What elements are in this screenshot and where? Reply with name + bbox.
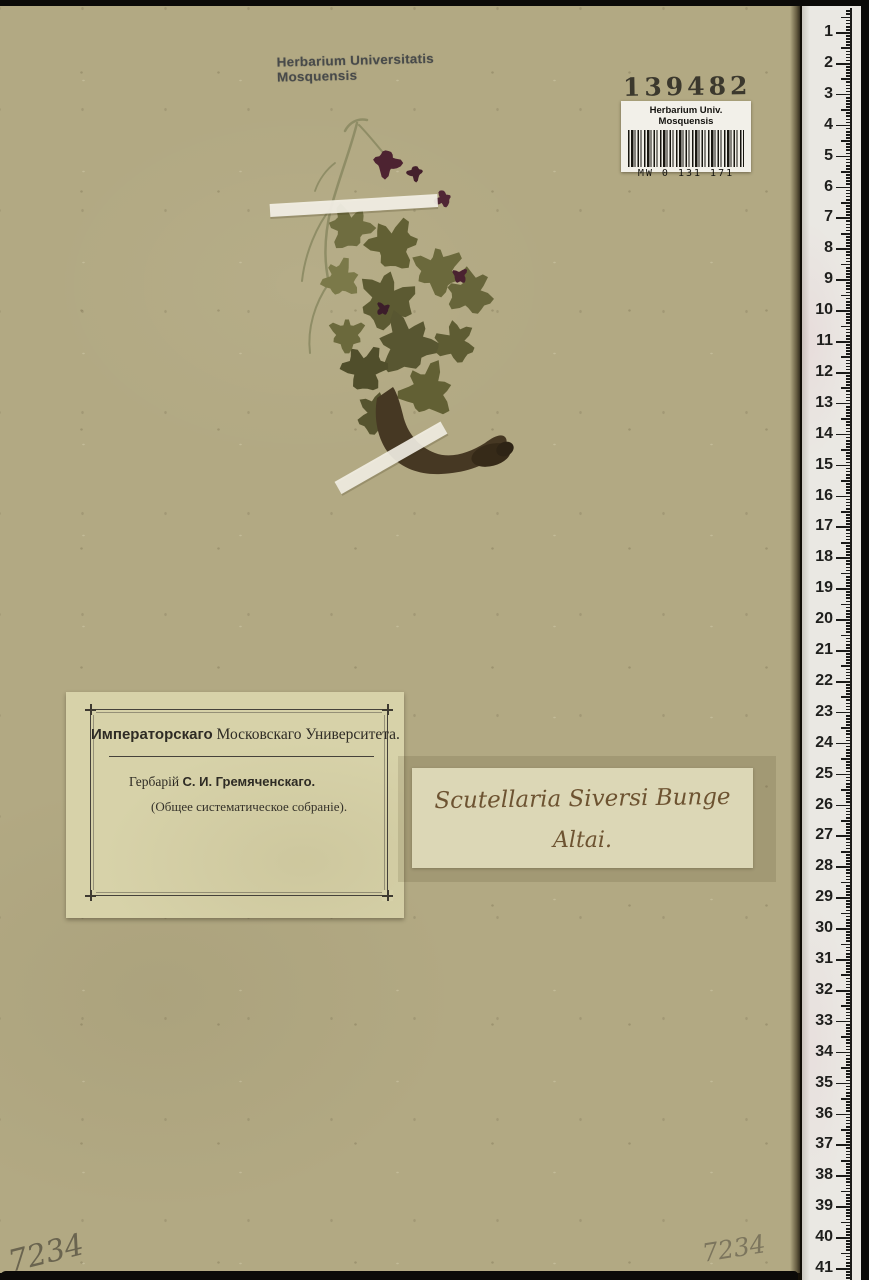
- ruler-tick: [846, 273, 852, 275]
- ruler-number: 30: [805, 919, 833, 937]
- ruler-tick: [846, 91, 852, 93]
- ruler-number: 12: [805, 363, 833, 381]
- ruler-tick: [846, 879, 852, 881]
- collection-prefix: Гербарій: [129, 774, 182, 789]
- ruler-tick: [846, 919, 852, 921]
- ruler-tick: [846, 563, 852, 565]
- ruler-tick: [846, 548, 852, 550]
- ruler-tick: [846, 628, 852, 630]
- ruler-tick: [846, 1215, 852, 1217]
- ruler-tick: [846, 749, 852, 751]
- ruler-tick: [841, 511, 852, 513]
- ruler-tick: [846, 196, 852, 198]
- ruler-tick: [846, 412, 852, 414]
- ruler-tick: [846, 764, 852, 766]
- ruler-tick: [846, 69, 852, 71]
- ruler-tick: [846, 190, 852, 192]
- ruler-tick: [846, 115, 852, 117]
- ruler-number: 18: [805, 548, 833, 566]
- ruler-tick: [836, 434, 852, 436]
- ruler-tick: [846, 1061, 852, 1063]
- ruler-number: 11: [805, 332, 833, 350]
- label-divider: [109, 756, 374, 757]
- ruler-tick: [846, 950, 852, 952]
- ruler-tick: [836, 928, 852, 930]
- ruler-tick: [846, 474, 852, 476]
- ruler-tick: [846, 1126, 852, 1128]
- ruler-tick: [846, 607, 852, 609]
- ruler-tick: [836, 743, 852, 745]
- ruler-tick: [846, 1169, 852, 1171]
- ruler-tick: [841, 47, 852, 49]
- ruler-tick: [836, 1175, 852, 1177]
- ruler-tick: [846, 214, 852, 216]
- flower: [373, 150, 403, 179]
- ruler-tick: [846, 1070, 852, 1072]
- ruler-number: 32: [805, 981, 833, 999]
- ruler-tick: [841, 913, 852, 915]
- ruler-tick: [846, 193, 852, 195]
- ruler-tick: [846, 594, 852, 596]
- ruler-tick: [836, 650, 852, 652]
- ruler-tick: [841, 604, 852, 606]
- ruler-tick: [836, 187, 852, 189]
- ruler-tick: [846, 1030, 852, 1032]
- ruler-tick: [836, 959, 852, 961]
- ruler-tick: [846, 968, 852, 970]
- ruler-tick: [846, 1076, 852, 1078]
- ruler-tick: [846, 440, 852, 442]
- ruler-tick: [846, 993, 852, 995]
- ruler-tick: [846, 1033, 852, 1035]
- ruler-tick: [846, 872, 852, 874]
- collection-name: С. И. Гремяченскаго.: [182, 774, 315, 789]
- ruler-tick: [846, 1055, 852, 1057]
- ruler-number: 17: [805, 517, 833, 535]
- ruler-number: 41: [805, 1259, 833, 1277]
- ruler-tick: [846, 539, 852, 541]
- ruler-tick: [846, 1240, 852, 1242]
- ruler-tick: [846, 1046, 852, 1048]
- ruler-tick: [846, 122, 852, 124]
- ruler-number: 26: [805, 796, 833, 814]
- ruler-tick: [846, 344, 852, 346]
- ruler-tick: [846, 128, 852, 130]
- ruler-tick: [841, 1098, 852, 1100]
- ruler-tick: [846, 1234, 852, 1236]
- ruler-tick: [846, 322, 852, 324]
- ruler-tick: [841, 326, 852, 328]
- ruler-tick: [846, 462, 852, 464]
- ruler-tick: [846, 721, 852, 723]
- ruler-tick: [846, 60, 852, 62]
- ruler-tick: [846, 1064, 852, 1066]
- ruler-number: 6: [805, 178, 833, 196]
- ruler-tick: [846, 285, 852, 287]
- ruler-tick: [846, 1092, 852, 1094]
- ruler-tick: [846, 431, 852, 433]
- ruler-tick: [846, 1135, 852, 1137]
- ruler-tick: [846, 103, 852, 105]
- ruler-tick: [846, 567, 852, 569]
- ruler-tick: [846, 832, 852, 834]
- ruler-tick: [846, 153, 852, 155]
- ruler-tick: [846, 826, 852, 828]
- ruler-tick: [846, 239, 852, 241]
- ruler-tick: [836, 866, 852, 868]
- ruler-number: 8: [805, 239, 833, 257]
- ruler-tick: [846, 533, 852, 535]
- ruler-tick: [846, 659, 852, 661]
- ruler-tick: [846, 638, 852, 640]
- ruler-tick: [841, 1222, 852, 1224]
- ruler-tick: [836, 774, 852, 776]
- ruler-number: 13: [805, 394, 833, 412]
- ruler-tick: [846, 23, 852, 25]
- ruler-tick: [846, 690, 852, 692]
- ruler-tick: [846, 316, 852, 318]
- ruler-tick: [846, 1256, 852, 1258]
- ruler-tick: [846, 360, 852, 362]
- ruler-tick: [846, 1107, 852, 1109]
- ruler-tick: [846, 394, 852, 396]
- ruler-tick: [846, 1225, 852, 1227]
- ruler-tick: [846, 199, 852, 201]
- ruler-tick: [841, 295, 852, 297]
- ruler-tick: [846, 458, 852, 460]
- ruler-tick: [846, 718, 852, 720]
- ruler-tick: [846, 366, 852, 368]
- ruler-tick: [846, 647, 852, 649]
- ruler-tick: [846, 999, 852, 1001]
- ruler-tick: [846, 560, 852, 562]
- ruler-tick: [846, 854, 852, 856]
- ruler-tick: [846, 848, 852, 850]
- collection-line: Гербарій С. И. Гремяченскаго.: [129, 774, 315, 790]
- ruler-tick: [846, 601, 852, 603]
- ruler-tick: [846, 610, 852, 612]
- ruler-tick: [846, 529, 852, 531]
- ruler-tick: [846, 737, 852, 739]
- ruler-tick: [846, 699, 852, 701]
- ruler-tick: [846, 678, 852, 680]
- ruler-tick: [846, 1120, 852, 1122]
- ruler-tick: [846, 981, 852, 983]
- ruler-tick: [841, 820, 852, 822]
- ruler-tick: [841, 1129, 852, 1131]
- ruler-tick: [846, 375, 852, 377]
- scanner-edge: [861, 0, 869, 1280]
- ruler-tick: [836, 1268, 852, 1270]
- corner-ornament-icon: [382, 890, 393, 901]
- ruler-tick: [846, 29, 852, 31]
- ruler-tick: [841, 449, 852, 451]
- ruler-tick: [841, 944, 852, 946]
- ruler-tick: [846, 335, 852, 337]
- leaf: [398, 360, 452, 414]
- ruler-tick: [836, 805, 852, 807]
- ruler-tick: [846, 75, 852, 77]
- ruler-tick: [841, 1067, 852, 1069]
- ruler-tick: [846, 174, 852, 176]
- ruler-tick: [846, 752, 852, 754]
- ruler-tick: [841, 727, 852, 729]
- ruler-tick: [846, 814, 852, 816]
- taxon-name: Scutellaria Siversi Bunge: [412, 784, 753, 815]
- ruler-tick: [846, 631, 852, 633]
- ruler-tick: [846, 44, 852, 46]
- ruler-tick: [846, 1086, 852, 1088]
- ruler-tick: [841, 696, 852, 698]
- ruler-tick: [846, 236, 852, 238]
- ruler-tick: [846, 798, 852, 800]
- ruler-tick: [846, 523, 852, 525]
- ruler-tick: [846, 1104, 852, 1106]
- ruler-tick: [841, 1005, 852, 1007]
- ruler-tick: [846, 724, 852, 726]
- leaf: [435, 320, 475, 363]
- ruler-tick: [836, 897, 852, 899]
- ruler-number: 35: [805, 1074, 833, 1092]
- ruler-tick: [846, 168, 852, 170]
- ruler-tick: [836, 465, 852, 467]
- barcode-code: MW 0 131 171: [621, 168, 751, 179]
- ruler-tick: [846, 996, 852, 998]
- ruler-tick: [841, 264, 852, 266]
- ruler-tick: [846, 486, 852, 488]
- ruler-tick: [846, 428, 852, 430]
- ruler-tick: [836, 1237, 852, 1239]
- ruler-number: 5: [805, 147, 833, 165]
- ruler-tick: [836, 217, 852, 219]
- locality: Altai.: [412, 828, 753, 853]
- ruler-tick: [836, 1021, 852, 1023]
- ruler-tick: [846, 1246, 852, 1248]
- ruler-tick: [846, 406, 852, 408]
- ruler-tick: [846, 137, 852, 139]
- ruler-number: 7: [805, 208, 833, 226]
- ruler-tick: [846, 1008, 852, 1010]
- ruler-tick: [846, 863, 852, 865]
- ruler-tick: [846, 1271, 852, 1273]
- ruler-tick: [846, 777, 852, 779]
- ruler-tick: [846, 1212, 852, 1214]
- ruler-tick: [846, 597, 852, 599]
- ruler-tick: [846, 675, 852, 677]
- ruler-tick: [846, 971, 852, 973]
- ruler-tick: [846, 468, 852, 470]
- ruler-number: 9: [805, 270, 833, 288]
- ruler-tick: [841, 78, 852, 80]
- ruler-tick: [846, 505, 852, 507]
- plant-specimen: [255, 103, 521, 503]
- ruler-tick: [836, 372, 852, 374]
- ruler-tick: [846, 162, 852, 164]
- ruler-tick: [846, 369, 852, 371]
- ruler-tick: [846, 1163, 852, 1165]
- ruler-tick: [841, 356, 852, 358]
- ruler-tick: [846, 85, 852, 87]
- ruler-tick: [846, 211, 852, 213]
- institution-title-bold: Императорскаго: [91, 726, 213, 743]
- institution-title: Императорскаго Московскаго Университета.: [91, 726, 387, 744]
- ruler-tick: [846, 591, 852, 593]
- ruler-tick: [846, 508, 852, 510]
- ruler-tick: [846, 282, 852, 284]
- ruler-tick: [846, 471, 852, 473]
- ruler-tick: [846, 1073, 852, 1075]
- ruler-tick: [846, 687, 852, 689]
- ruler-tick: [846, 1188, 852, 1190]
- ruler-number: 1: [805, 23, 833, 41]
- barcode-sticker: Herbarium Univ. Mosquensis MW 0 131 171: [621, 101, 751, 172]
- ruler-tick: [846, 1024, 852, 1026]
- ruler-tick: [846, 183, 852, 185]
- ruler-tick: [846, 1147, 852, 1149]
- ruler-tick: [846, 1172, 852, 1174]
- ruler-tick: [836, 125, 852, 127]
- ruler-number: 2: [805, 54, 833, 72]
- ruler-number: 15: [805, 456, 833, 474]
- ruler-tick: [846, 1049, 852, 1051]
- ruler: 1234567891011121314151617181920212223242…: [802, 0, 869, 1280]
- ruler-number: 36: [805, 1105, 833, 1123]
- ruler-tick: [846, 517, 852, 519]
- ruler-tick: [841, 17, 852, 19]
- ruler-number: 3: [805, 85, 833, 103]
- ruler-tick: [846, 131, 852, 133]
- ruler-tick: [846, 38, 852, 40]
- ruler-tick: [846, 146, 852, 148]
- ruler-tick: [836, 32, 852, 34]
- ruler-tick: [836, 496, 852, 498]
- ruler-tick: [846, 492, 852, 494]
- ruler-tick: [841, 789, 852, 791]
- leaf: [329, 320, 365, 354]
- ruler-tick: [846, 1018, 852, 1020]
- ruler-tick: [846, 205, 852, 207]
- herbarium-scan: { "scan": { "stamp_top": "Herbarium Univ…: [0, 0, 869, 1280]
- ruler-tick: [846, 1027, 852, 1029]
- ruler-tick: [846, 545, 852, 547]
- ruler-number: 34: [805, 1043, 833, 1061]
- ruler-tick: [841, 109, 852, 111]
- ruler-tick: [846, 910, 852, 912]
- ruler-tick: [846, 771, 852, 773]
- ruler-tick: [846, 180, 852, 182]
- ruler-tick: [846, 208, 852, 210]
- ruler-tick: [846, 57, 852, 59]
- ruler-tick: [846, 267, 852, 269]
- ruler-tick: [846, 730, 852, 732]
- ruler-tick: [846, 644, 852, 646]
- ruler-tick: [846, 502, 852, 504]
- ruler-tick: [846, 845, 852, 847]
- ruler-tick: [846, 1138, 852, 1140]
- flower: [406, 166, 423, 182]
- ruler-tick: [846, 641, 852, 643]
- ruler-tick: [846, 934, 852, 936]
- ruler-number: 23: [805, 703, 833, 721]
- barcode-title: Herbarium Univ. Mosquensis: [621, 105, 751, 127]
- ruler-tick: [846, 270, 852, 272]
- ruler-number: 20: [805, 610, 833, 628]
- ruler-tick: [841, 480, 852, 482]
- ruler-tick: [841, 171, 852, 173]
- ruler-tick: [846, 1219, 852, 1221]
- scanner-edge-top: [0, 0, 869, 6]
- ruler-tick: [846, 245, 852, 247]
- ruler-tick: [846, 1274, 852, 1276]
- ruler-tick: [846, 554, 852, 556]
- ruler-tick: [846, 811, 852, 813]
- ruler-tick: [846, 100, 852, 102]
- ruler-tick: [836, 619, 852, 621]
- ruler-tick: [846, 26, 852, 28]
- ruler-tick: [846, 400, 852, 402]
- ruler-tick: [846, 1231, 852, 1233]
- ruler-tick: [846, 251, 852, 253]
- ruler-tick: [846, 1039, 852, 1041]
- ruler-tick: [841, 418, 852, 420]
- ruler-tick: [846, 51, 852, 53]
- ruler-tick: [846, 415, 852, 417]
- ruler-tick: [841, 140, 852, 142]
- ruler-tick: [841, 635, 852, 637]
- ruler-tick: [846, 20, 852, 22]
- ruler-tick: [846, 292, 852, 294]
- ruler-tick: [846, 829, 852, 831]
- ruler-number: 4: [805, 116, 833, 134]
- ruler-tick: [846, 443, 852, 445]
- ruler-tick: [846, 1101, 852, 1103]
- ruler-tick: [836, 279, 852, 281]
- ruler-tick: [846, 987, 852, 989]
- ruler-tick: [846, 224, 852, 226]
- ruler-tick: [846, 842, 852, 844]
- ruler-tick: [846, 313, 852, 315]
- ruler-tick: [846, 616, 852, 618]
- ruler-tick: [841, 1036, 852, 1038]
- ruler-tick: [846, 817, 852, 819]
- ruler-tick: [846, 1117, 852, 1119]
- ruler-tick: [846, 931, 852, 933]
- ruler-tick: [846, 477, 852, 479]
- ruler-tick: [846, 397, 852, 399]
- ruler-number: 19: [805, 579, 833, 597]
- ruler-tick: [846, 1157, 852, 1159]
- ruler-tick: [846, 35, 852, 37]
- ruler-tick: [846, 1262, 852, 1264]
- ruler-tick: [846, 363, 852, 365]
- ruler-tick: [846, 329, 852, 331]
- ruler-tick: [846, 1123, 852, 1125]
- ruler-tick: [846, 876, 852, 878]
- ruler-number: 25: [805, 765, 833, 783]
- ruler-tick: [841, 974, 852, 976]
- ruler-tick: [846, 709, 852, 711]
- ruler-tick: [846, 378, 852, 380]
- ruler-tick: [846, 424, 852, 426]
- ruler-tick: [841, 1191, 852, 1193]
- ruler-tick: [846, 384, 852, 386]
- ruler-tick: [846, 783, 852, 785]
- ruler-tick: [836, 341, 852, 343]
- collection-note: (Общее систематическое собраніе).: [151, 799, 347, 815]
- ruler-tick: [846, 795, 852, 797]
- ruler-tick: [846, 319, 852, 321]
- ruler-tick: [846, 903, 852, 905]
